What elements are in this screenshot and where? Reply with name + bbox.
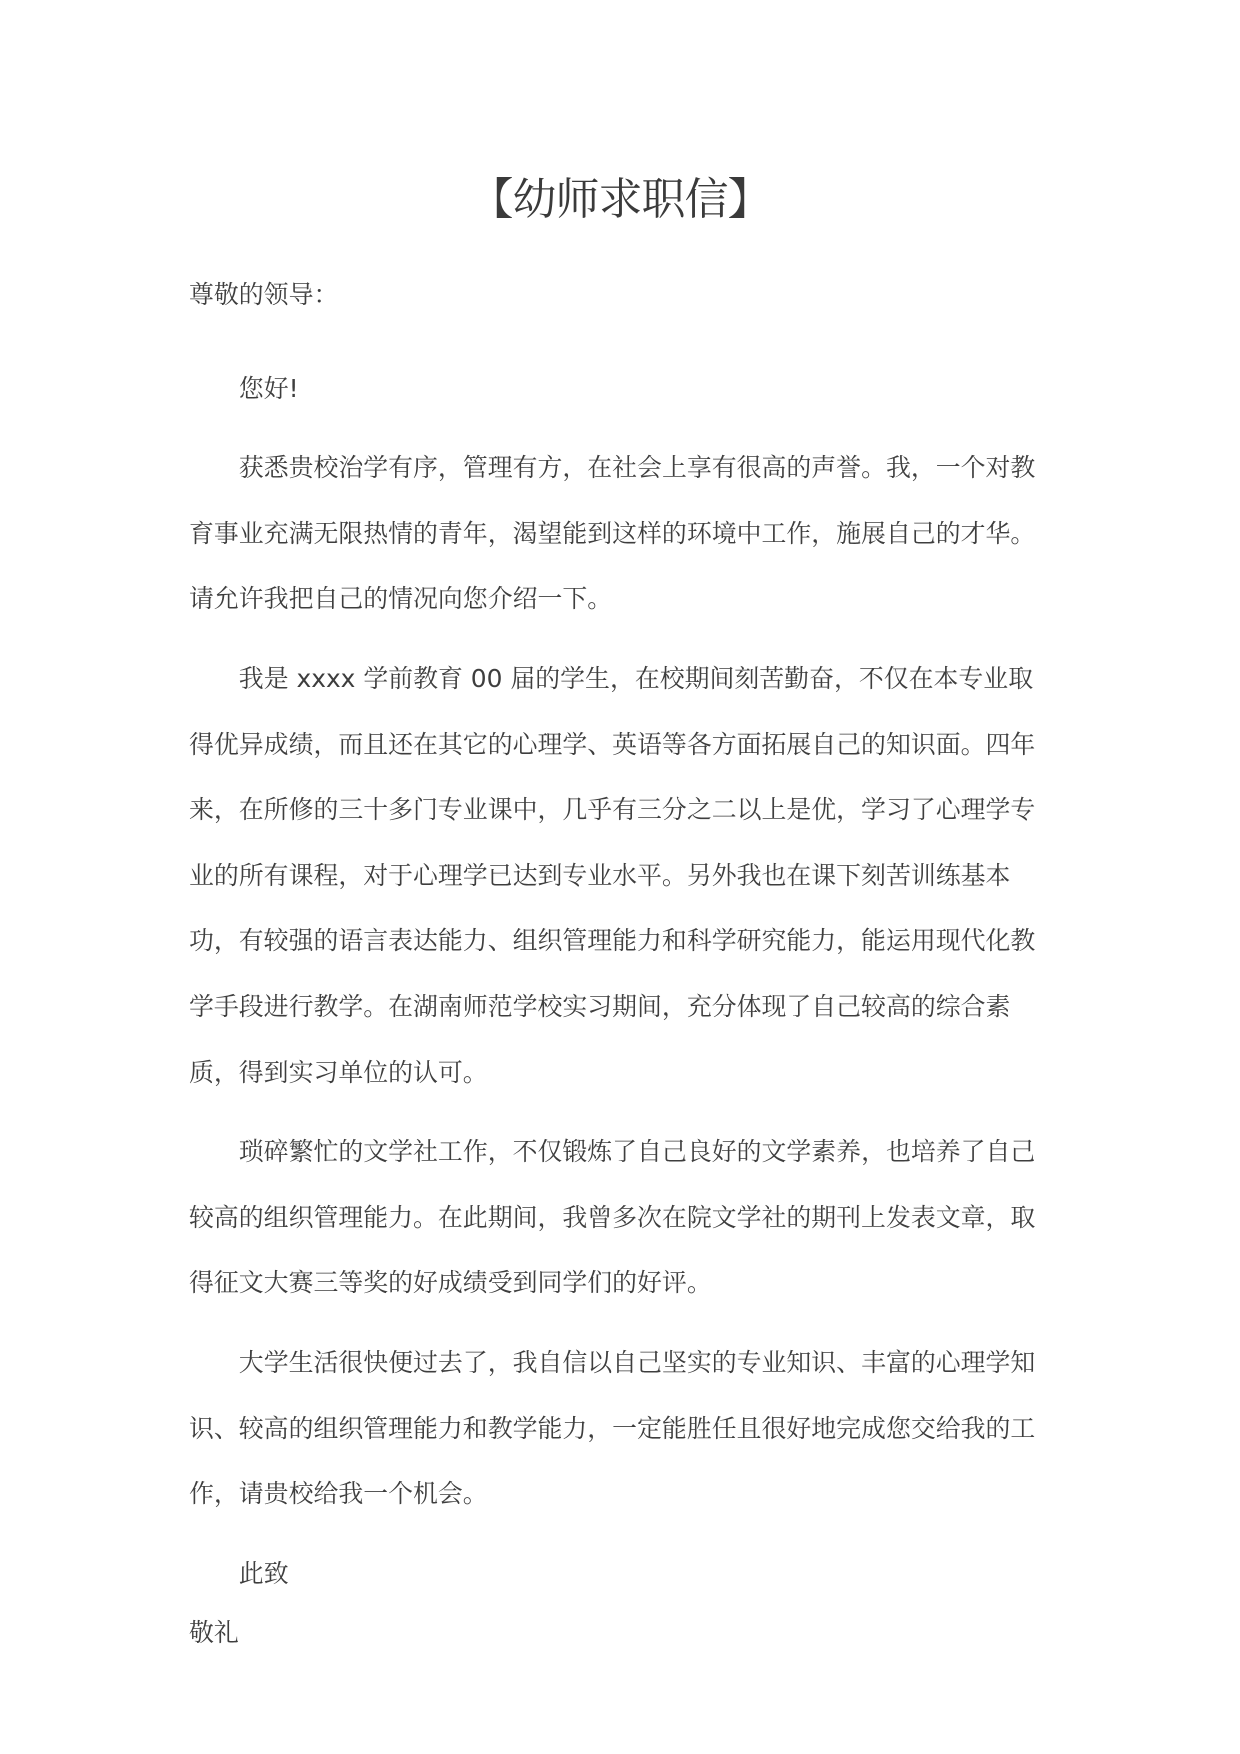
- paragraph-literary-club: 琐碎繁忙的文学社工作，不仅锻炼了自己良好的文学素养，也培养了自己较高的组织管理能…: [189, 1119, 1039, 1316]
- paragraph-intro: 获悉贵校治学有序，管理有方，在社会上享有很高的声誉。我，一个对教育事业充满无限热…: [189, 435, 1039, 632]
- paragraph-conclusion: 大学生活很快便过去了，我自信以自己坚实的专业知识、丰富的心理学知识、较高的组织管…: [189, 1330, 1039, 1527]
- closing-line-2: 敬礼: [189, 1600, 1039, 1666]
- salutation: 尊敬的领导：: [189, 262, 1039, 328]
- closing-line-1: 此致: [189, 1541, 1039, 1607]
- paragraph-education: 我是 xxxx 学前教育 00 届的学生，在校期间刻苦勤奋，不仅在本专业取得优异…: [189, 646, 1039, 1105]
- greeting: 您好!: [189, 356, 1039, 422]
- document-page: 【幼师求职信】 尊敬的领导： 您好! 获悉贵校治学有序，管理有方，在社会上享有很…: [0, 0, 1240, 1754]
- letter-body: 尊敬的领导： 您好! 获悉贵校治学有序，管理有方，在社会上享有很高的声誉。我，一…: [189, 262, 1039, 1666]
- document-title: 【幼师求职信】: [0, 172, 1240, 228]
